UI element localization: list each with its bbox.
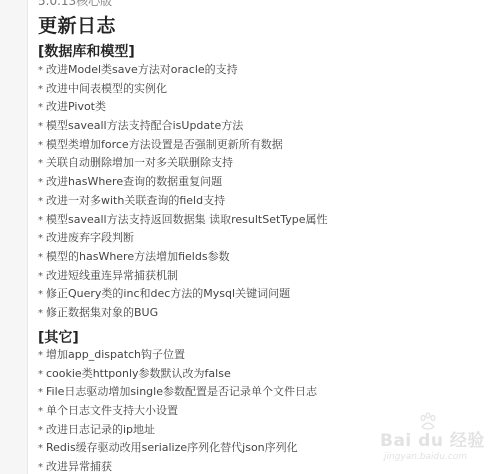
list-item: *改进废弃字段判断 — [38, 229, 328, 248]
left-gutter — [0, 0, 28, 474]
bullet-icon: * — [38, 155, 46, 174]
list-item: *模型类增加force方法设置是否强制更新所有数据 — [38, 136, 328, 155]
bullet-icon: * — [38, 193, 46, 212]
version-label: 5.0.13核心版 — [38, 0, 112, 9]
bullet-icon: * — [38, 230, 46, 249]
section-heading-other: [其它] — [38, 327, 79, 347]
bullet-icon: * — [38, 137, 46, 156]
list-item: *改进一对多with关联查询的field支持 — [38, 192, 328, 211]
bullet-icon: * — [38, 422, 46, 441]
bullet-icon: * — [38, 440, 46, 459]
list-item: *Redis缓存驱动改用serialize序列化替代json序列化 — [38, 439, 317, 458]
list-item: *单个日志文件支持大小设置 — [38, 402, 317, 421]
page-title: 更新日志 — [38, 11, 116, 38]
bullet-icon: * — [38, 118, 46, 137]
list-item: *cookie类httponly参数默认改为false — [38, 365, 317, 384]
watermark-logo-text: Bai du 经验 — [380, 426, 485, 451]
bullet-icon: * — [38, 459, 46, 474]
section-heading-database-model: [数据库和模型] — [38, 41, 135, 61]
bullet-icon: * — [38, 403, 46, 422]
bullet-icon: * — [38, 81, 46, 100]
bullet-icon: * — [38, 305, 46, 324]
list-item: *修正Query类的inc和dec方法的Mysql关键词问题 — [38, 285, 328, 304]
list-item: *改进异常捕获 — [38, 458, 317, 474]
baidu-jingyan-watermark: Bai du 经验 jingyan.baidu.com — [380, 416, 500, 466]
list-item: *改进短线重连异常捕获机制 — [38, 267, 328, 286]
list-item: *关联自动删除增加一对多关联删除支持 — [38, 154, 328, 173]
database-model-list: *改进Model类save方法对oracle的支持 *改进中间表模型的实例化 *… — [38, 61, 328, 323]
list-item: *File日志驱动增加single参数配置是否记录单个文件日志 — [38, 383, 317, 402]
bullet-icon: * — [38, 174, 46, 193]
bullet-icon: * — [38, 384, 46, 403]
watermark-url: jingyan.baidu.com — [384, 452, 467, 462]
other-list: *增加app_dispatch钩子位置 *cookie类httponly参数默认… — [38, 346, 317, 474]
list-item: *改进日志记录的ip地址 — [38, 421, 317, 440]
list-item: *改进hasWhere查询的数据重复问题 — [38, 173, 328, 192]
bullet-icon: * — [38, 268, 46, 287]
bullet-icon: * — [38, 99, 46, 118]
bullet-icon: * — [38, 347, 46, 366]
list-item: *改进中间表模型的实例化 — [38, 80, 328, 99]
bullet-icon: * — [38, 366, 46, 385]
list-item: *增加app_dispatch钩子位置 — [38, 346, 317, 365]
list-item: *改进Model类save方法对oracle的支持 — [38, 61, 328, 80]
list-item: *改进Pivot类 — [38, 98, 328, 117]
bullet-icon: * — [38, 286, 46, 305]
list-item: *模型saveall方法支持返回数据集 读取resultSetType属性 — [38, 211, 328, 230]
bullet-icon: * — [38, 249, 46, 268]
list-item: *模型的hasWhere方法增加fields参数 — [38, 248, 328, 267]
list-item: *模型saveall方法支持配合isUpdate方法 — [38, 117, 328, 136]
bullet-icon: * — [38, 212, 46, 231]
bullet-icon: * — [38, 62, 46, 81]
list-item: *修正数据集对象的BUG — [38, 304, 328, 323]
